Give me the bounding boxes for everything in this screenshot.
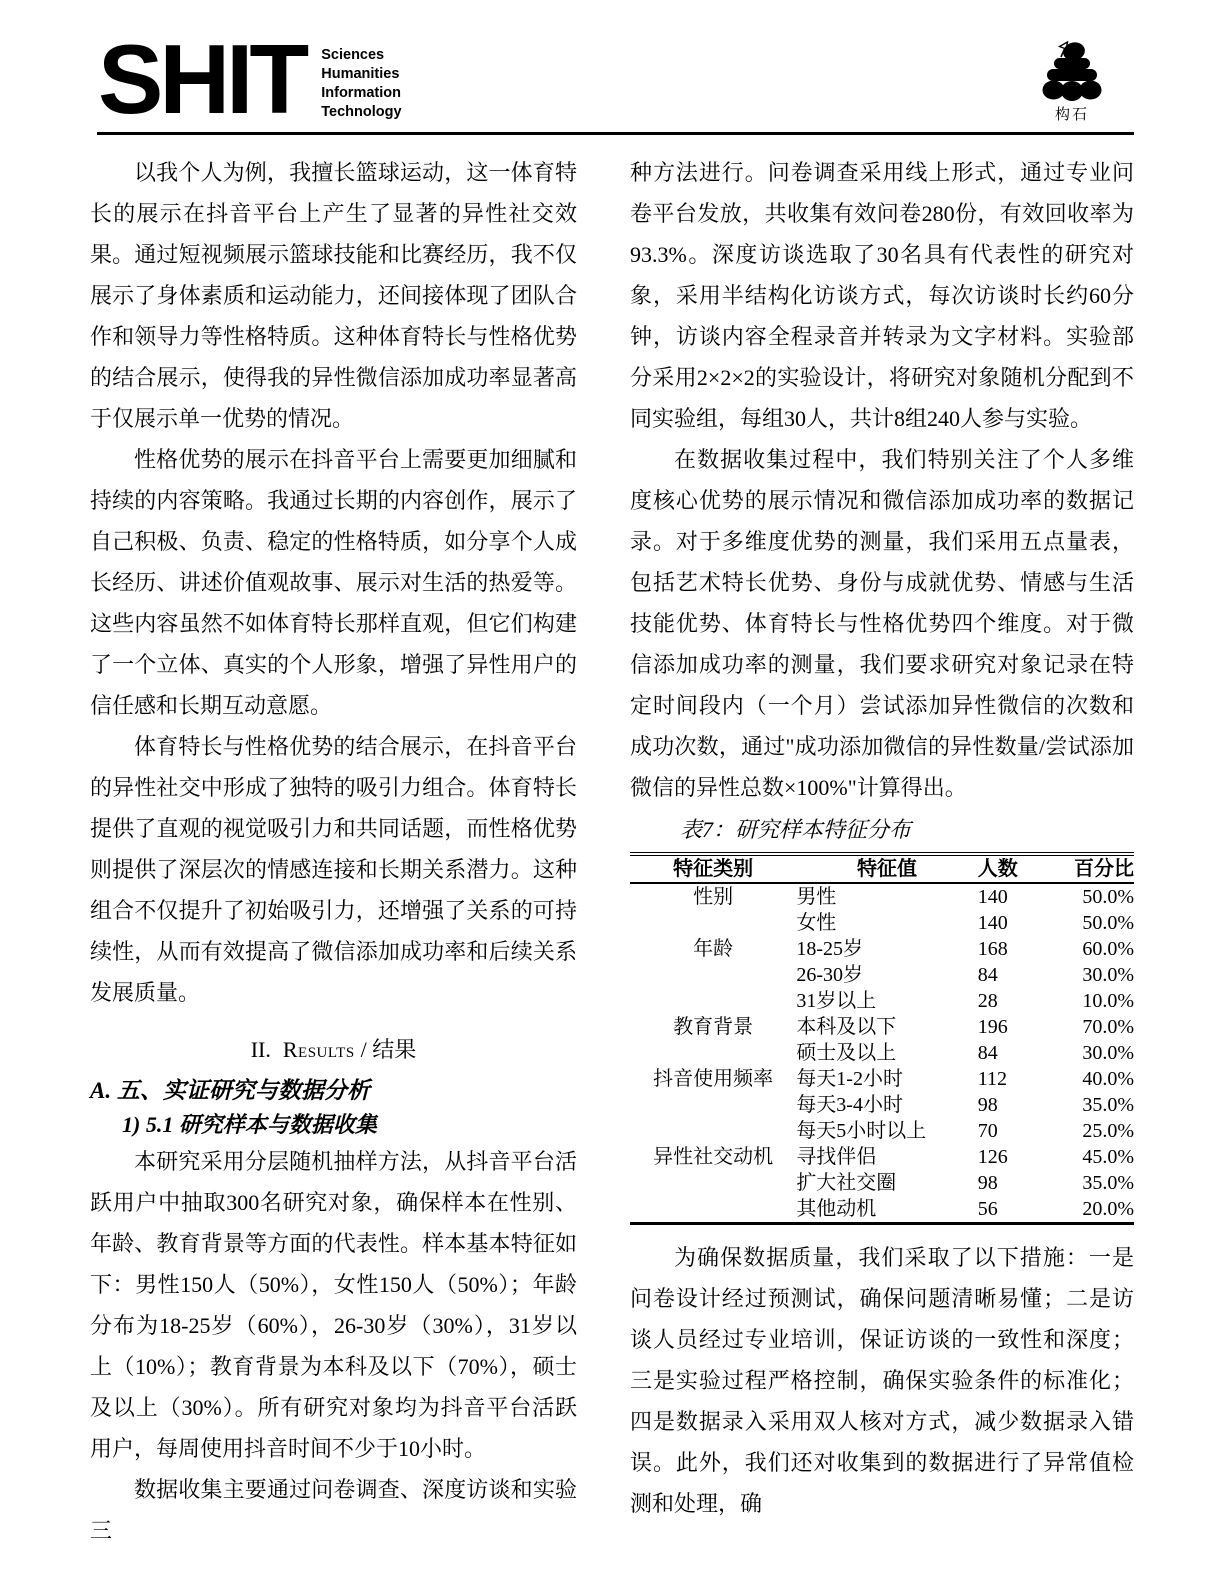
- table-cell: 女性: [796, 910, 977, 936]
- table-cell: 每天5小时以上: [796, 1118, 977, 1144]
- table-row: 扩大社交圈9835.0%: [630, 1170, 1134, 1196]
- table-cell: 本科及以下: [796, 1014, 977, 1040]
- logo-subtitle-line: Information: [321, 84, 401, 103]
- table-cell: 98: [978, 1170, 1044, 1196]
- table-cell: [630, 988, 796, 1014]
- table-cell: 其他动机: [796, 1196, 977, 1224]
- table-cell: 硕士及以上: [796, 1040, 977, 1066]
- table-cell: 50.0%: [1043, 910, 1134, 936]
- left-column: 以我个人为例，我擅长篮球运动，这一体育特长的展示在抖音平台上产生了显著的异性社交…: [90, 152, 577, 1551]
- table-header-cell: 百分比: [1043, 854, 1134, 883]
- publisher-logo: 构石: [1012, 38, 1132, 124]
- table-row: 女性14050.0%: [630, 910, 1134, 936]
- table-cell: 84: [978, 1040, 1044, 1066]
- paragraph: 本研究采用分层随机抽样方法，从抖音平台活跃用户中抽取300名研究对象，确保样本在…: [90, 1141, 577, 1469]
- table-header-row: 特征类别 特征值 人数 百分比: [630, 854, 1134, 883]
- table-cell: [630, 1196, 796, 1224]
- journal-logo: SHIT Sciences Humanities Information Tec…: [98, 34, 402, 124]
- table-cell: 31岁以上: [796, 988, 977, 1014]
- table-row: 年龄18-25岁16860.0%: [630, 936, 1134, 962]
- table-cell: 年龄: [630, 936, 796, 962]
- journal-logo-text: SHIT: [98, 34, 305, 124]
- paragraph: 性格优势的展示在抖音平台上需要更加细腻和持续的内容策略。我通过长期的内容创作，展…: [90, 439, 577, 726]
- sample-characteristics-table: 特征类别 特征值 人数 百分比 性别男性14050.0%女性14050.0%年龄…: [630, 852, 1134, 1225]
- table-row: 每天3-4小时9835.0%: [630, 1092, 1134, 1118]
- table-cell: [630, 1170, 796, 1196]
- paragraph: 种方法进行。问卷调查采用线上形式，通过专业问卷平台发放，共收集有效问卷280份，…: [630, 152, 1134, 439]
- table-cell: 每天3-4小时: [796, 1092, 977, 1118]
- section-numeral: II.: [251, 1037, 271, 1062]
- table-cell: 168: [978, 936, 1044, 962]
- table-cell: 70: [978, 1118, 1044, 1144]
- paragraph: 在数据收集过程中，我们特别关注了个人多维度核心优势的展示情况和微信添加成功率的数…: [630, 439, 1134, 808]
- table-cell: 抖音使用频率: [630, 1066, 796, 1092]
- table-cell: 扩大社交圈: [796, 1170, 977, 1196]
- paragraph: 体育特长与性格优势的结合展示，在抖音平台的异性社交中形成了独特的吸引力组合。体育…: [90, 726, 577, 1013]
- table-cell: 10.0%: [1043, 988, 1134, 1014]
- table-header-cell: 特征值: [796, 854, 977, 883]
- paragraph: 以我个人为例，我擅长篮球运动，这一体育特长的展示在抖音平台上产生了显著的异性社交…: [90, 152, 577, 439]
- table-cell: 性别: [630, 883, 796, 910]
- table-cell: 126: [978, 1144, 1044, 1170]
- table-row: 性别男性14050.0%: [630, 883, 1134, 910]
- table-cell: 140: [978, 883, 1044, 910]
- table-body: 性别男性14050.0%女性14050.0%年龄18-25岁16860.0%26…: [630, 883, 1134, 1224]
- table-row: 26-30岁8430.0%: [630, 962, 1134, 988]
- table-row: 硕士及以上8430.0%: [630, 1040, 1134, 1066]
- table-cell: 50.0%: [1043, 883, 1134, 910]
- table-header-cell: 特征类别: [630, 854, 796, 883]
- table-cell: 25.0%: [1043, 1118, 1134, 1144]
- table-cell: [630, 1092, 796, 1118]
- publisher-name: 构石: [1012, 103, 1132, 124]
- table-cell: 40.0%: [1043, 1066, 1134, 1092]
- table-cell: 140: [978, 910, 1044, 936]
- logo-subtitle-line: Humanities: [321, 65, 401, 84]
- article-body: 以我个人为例，我擅长篮球运动，这一体育特长的展示在抖音平台上产生了显著的异性社交…: [0, 152, 1224, 1551]
- section-heading-results: II.Results/ 结果: [90, 1029, 577, 1070]
- table-cell: 30.0%: [1043, 962, 1134, 988]
- table-row: 31岁以上2810.0%: [630, 988, 1134, 1014]
- table-cell: 30.0%: [1043, 1040, 1134, 1066]
- table-cell: 男性: [796, 883, 977, 910]
- paper-page: SHIT Sciences Humanities Information Tec…: [0, 0, 1224, 1584]
- table-cell: 70.0%: [1043, 1014, 1134, 1040]
- section-suffix: / 结果: [361, 1037, 417, 1062]
- table-header-cell: 人数: [978, 854, 1044, 883]
- subsection-heading-1: 1) 5.1 研究样本与数据收集: [122, 1108, 577, 1141]
- table-cell: 35.0%: [1043, 1170, 1134, 1196]
- table-cell: 18-25岁: [796, 936, 977, 962]
- table-cell: 45.0%: [1043, 1144, 1134, 1170]
- table-cell: 异性社交动机: [630, 1144, 796, 1170]
- table-cell: 教育背景: [630, 1014, 796, 1040]
- table-row: 其他动机5620.0%: [630, 1196, 1134, 1224]
- table-cell: 每天1-2小时: [796, 1066, 977, 1092]
- table-cell: [630, 962, 796, 988]
- paragraph: 为确保数据质量，我们采取了以下措施：一是问卷设计经过预测试，确保问题清晰易懂；二…: [630, 1237, 1134, 1524]
- journal-header: SHIT Sciences Humanities Information Tec…: [0, 0, 1224, 124]
- right-column: 种方法进行。问卷调查采用线上形式，通过专业问卷平台发放，共收集有效问卷280份，…: [630, 152, 1134, 1551]
- table-cell: [630, 910, 796, 936]
- table-cell: 98: [978, 1092, 1044, 1118]
- table-row: 教育背景本科及以下19670.0%: [630, 1014, 1134, 1040]
- table-cell: 35.0%: [1043, 1092, 1134, 1118]
- table-caption: 表7：研究样本特征分布: [630, 810, 1134, 850]
- table-cell: 20.0%: [1043, 1196, 1134, 1224]
- table-cell: 26-30岁: [796, 962, 977, 988]
- table-row: 抖音使用频率每天1-2小时11240.0%: [630, 1066, 1134, 1092]
- table-cell: 56: [978, 1196, 1044, 1224]
- table-cell: 112: [978, 1066, 1044, 1092]
- table-cell: 寻找伴侣: [796, 1144, 977, 1170]
- table-cell: [630, 1118, 796, 1144]
- logo-subtitle-line: Technology: [321, 103, 401, 122]
- subsection-heading-a: A. 五、实证研究与数据分析: [90, 1074, 577, 1108]
- table-cell: 60.0%: [1043, 936, 1134, 962]
- table-cell: 196: [978, 1014, 1044, 1040]
- table-row: 每天5小时以上7025.0%: [630, 1118, 1134, 1144]
- paragraph: 数据收集主要通过问卷调查、深度访谈和实验三: [90, 1469, 577, 1551]
- table-cell: 84: [978, 962, 1044, 988]
- journal-logo-subtitle: Sciences Humanities Information Technolo…: [321, 46, 401, 122]
- table-cell: 28: [978, 988, 1044, 1014]
- logo-subtitle-line: Sciences: [321, 46, 401, 65]
- stone-pile-icon: [1039, 38, 1105, 102]
- section-word: Results: [283, 1037, 355, 1062]
- table-cell: [630, 1040, 796, 1066]
- table-row: 异性社交动机寻找伴侣12645.0%: [630, 1144, 1134, 1170]
